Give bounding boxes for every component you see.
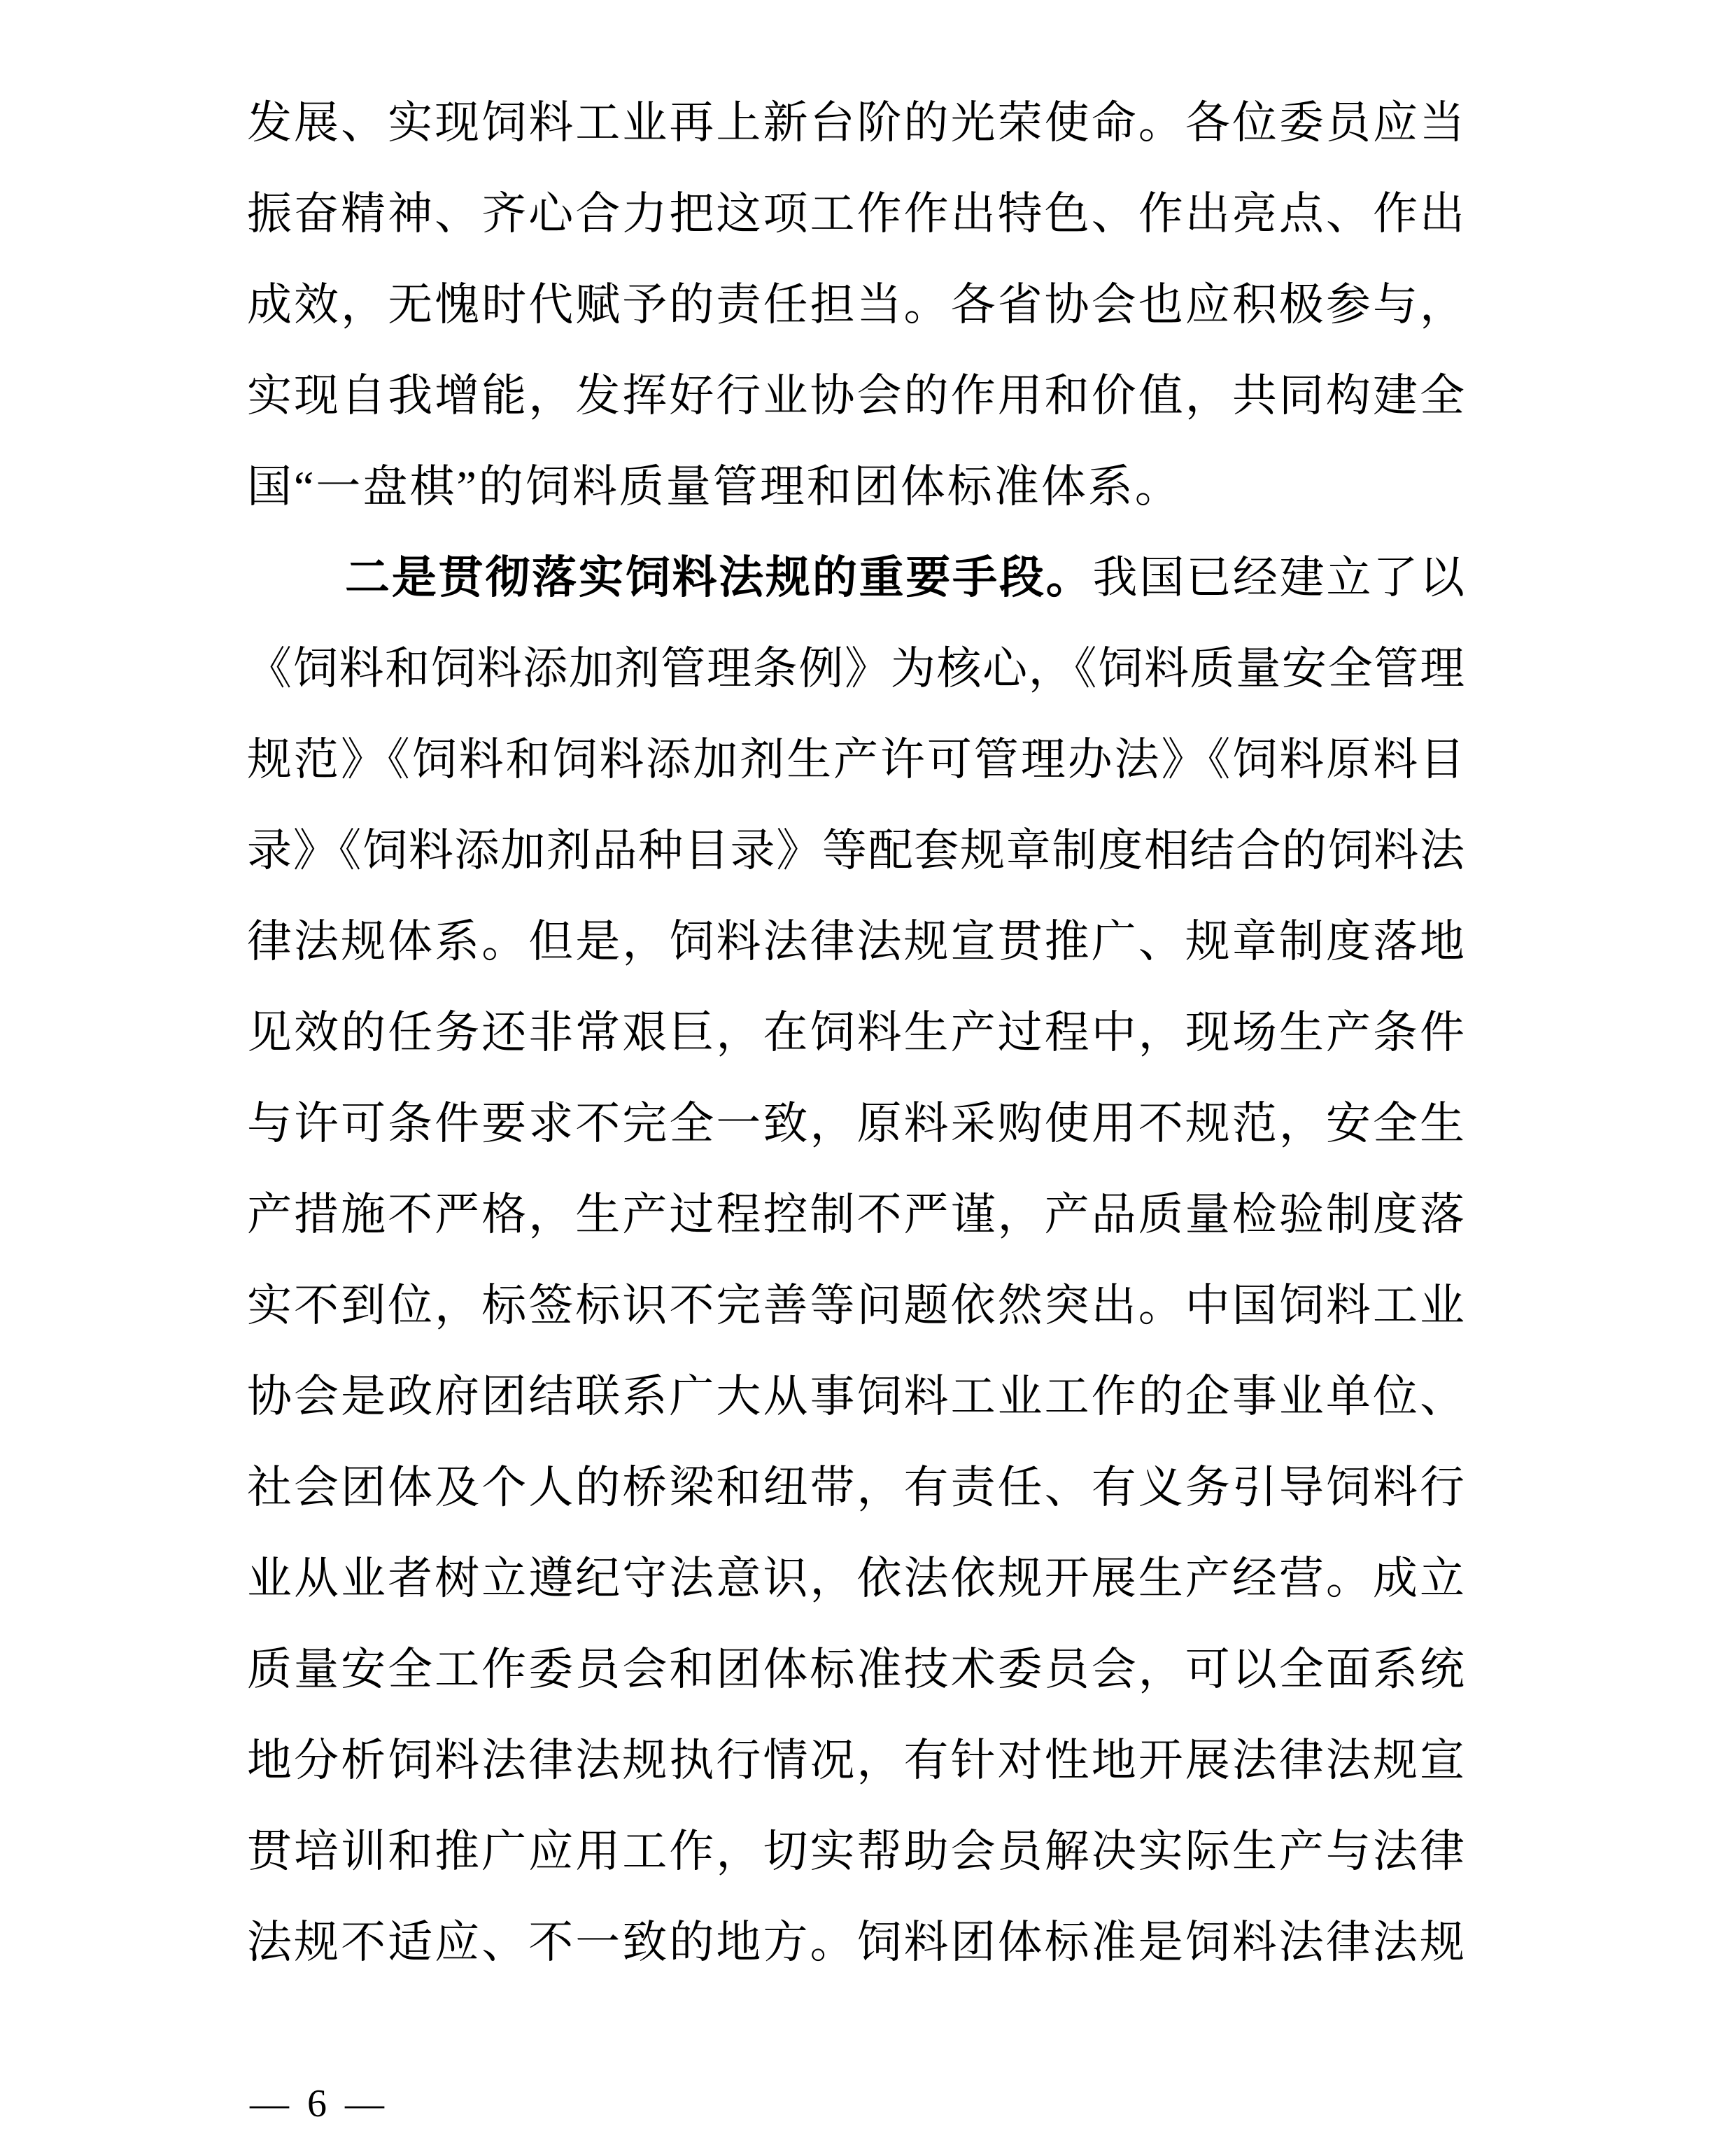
document-page: 发展、实现饲料工业再上新台阶的光荣使命。各位委员应当振奋精神、齐心合力把这项工作…	[0, 0, 1736, 2152]
document-body: 发展、实现饲料工业再上新台阶的光荣使命。各位委员应当振奋精神、齐心合力把这项工作…	[247, 78, 1465, 1988]
text-line: 见效的任务还非常艰巨，在饲料生产过程中，现场生产条件	[247, 987, 1465, 1078]
text-line: 地分析饲料法律法规执行情况，有针对性地开展法律法规宣	[247, 1715, 1465, 1806]
text-line: 录》《饲料添加剂品种目录》等配套规章制度相结合的饲料法	[247, 806, 1465, 896]
text-line: 发展、实现饲料工业再上新台阶的光荣使命。各位委员应当	[247, 78, 1465, 169]
text-line: 国“一盘棋”的饲料质量管理和团体标准体系。	[247, 442, 1465, 533]
text-line: 《饲料和饲料添加剂管理条例》为核心，《饲料质量安全管理	[247, 624, 1465, 715]
text-line: 二是贯彻落实饲料法规的重要手段。我国已经建立了以	[247, 533, 1465, 624]
text-line: 质量安全工作委员会和团体标准技术委员会，可以全面系统	[247, 1624, 1465, 1715]
text-line: 业从业者树立遵纪守法意识，依法依规开展生产经营。成立	[247, 1533, 1465, 1624]
text-line: 贯培训和推广应用工作，切实帮助会员解决实际生产与法律	[247, 1806, 1465, 1897]
text-line: 产措施不严格，生产过程控制不严谨，产品质量检验制度落	[247, 1169, 1465, 1260]
page-number: — 6 —	[250, 2076, 388, 2132]
text-line: 协会是政府团结联系广大从事饲料工业工作的企事业单位、	[247, 1351, 1465, 1442]
text-line: 成效，无愧时代赋予的责任担当。各省协会也应积极参与，	[247, 260, 1465, 351]
text-line: 实现自我增能，发挥好行业协会的作用和价值，共同构建全	[247, 351, 1465, 442]
text-line: 规范》《饲料和饲料添加剂生产许可管理办法》《饲料原料目	[247, 715, 1465, 806]
text-line: 振奋精神、齐心合力把这项工作作出特色、作出亮点、作出	[247, 169, 1465, 260]
text-line: 法规不适应、不一致的地方。饲料团体标准是饲料法律法规	[247, 1897, 1465, 1988]
text-line: 与许可条件要求不完全一致，原料采购使用不规范，安全生	[247, 1078, 1465, 1169]
text-line: 社会团体及个人的桥梁和纽带，有责任、有义务引导饲料行	[247, 1442, 1465, 1533]
text-line: 实不到位，标签标识不完善等问题依然突出。中国饲料工业	[247, 1260, 1465, 1351]
bold-lead-text: 二是贯彻落实饲料法规的重要手段。	[345, 553, 1093, 603]
text-line: 律法规体系。但是，饲料法律法规宣贯推广、规章制度落地	[247, 896, 1465, 987]
